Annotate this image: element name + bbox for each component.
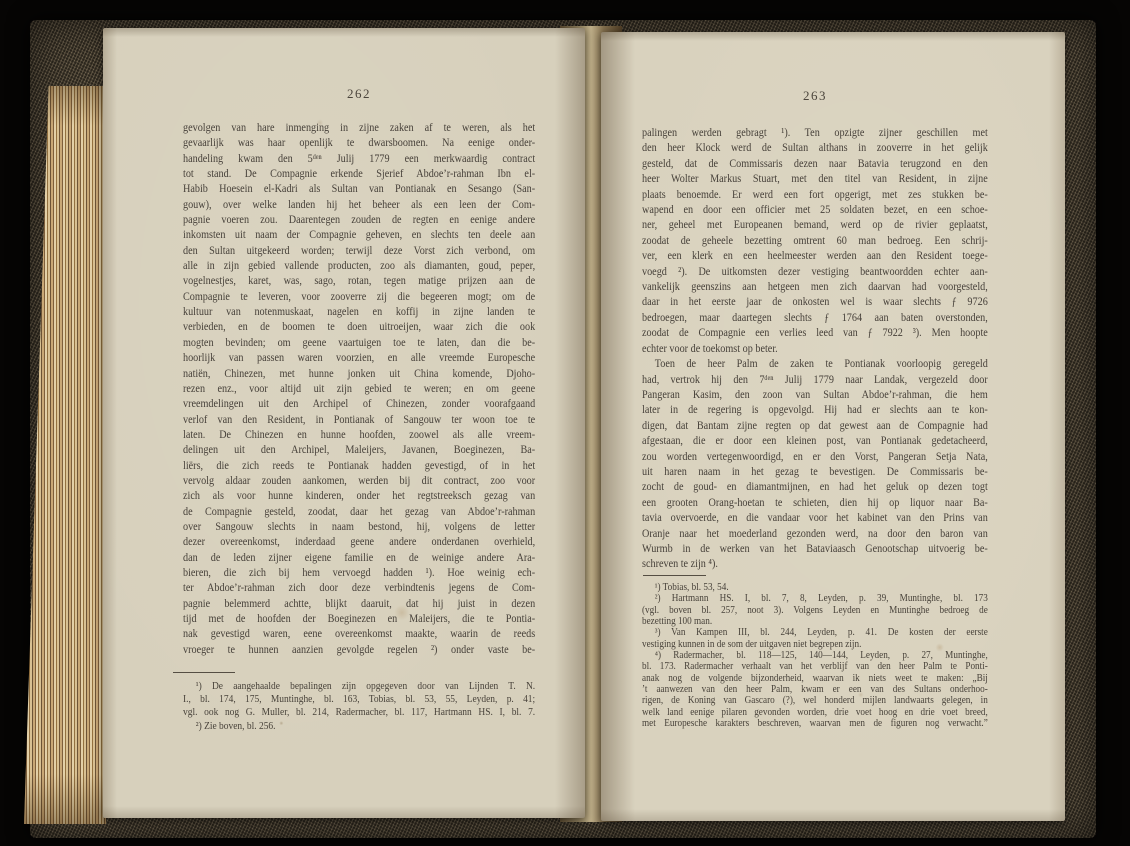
text-line: bl. 173. Radermacher verhaalt van het ve… bbox=[642, 661, 988, 672]
text-line: rezen enz., voor altijd uit zijn gebied … bbox=[183, 382, 535, 397]
text-line: tavia overvoerde, en die vandaar voor he… bbox=[642, 511, 988, 526]
text-line: later in de regering is opgevolgd. Hij h… bbox=[642, 403, 988, 418]
left-footnote-rule bbox=[173, 672, 235, 673]
right-footnote-rule bbox=[643, 575, 706, 576]
text-line: vervolg aldaar zouden aankomen, werden b… bbox=[183, 474, 535, 489]
text-line: den heer Klock werd de Sultan althans in… bbox=[642, 141, 988, 156]
text-line: ner, geheel met Europeanen bemand, werd … bbox=[642, 218, 988, 233]
text-line: vestiging kunnen in de som der uitgaven … bbox=[642, 639, 988, 650]
text-line: de Compagnie gesteld, zoodat, daar het g… bbox=[183, 505, 535, 520]
text-line: hoorlijk van passen waren voorzien, en a… bbox=[183, 351, 535, 366]
text-line: pagnie belemmerd achtte, blijkt daaruit,… bbox=[183, 597, 535, 612]
text-line: zoodat de Compagnie een verlies leed van… bbox=[642, 326, 988, 341]
text-line: verlof van den Resident, in Pontianak of… bbox=[183, 413, 535, 428]
text-line: nak gevestigd waren, eene overeenkomst m… bbox=[183, 627, 535, 642]
text-line: gouw), over welke landen hij het beheer … bbox=[183, 198, 535, 213]
text-line: wapend en door een officier met 25 solda… bbox=[642, 203, 988, 218]
text-line: den Sultan uitgekeerd worden; terwijl de… bbox=[183, 244, 535, 259]
text-line: voegd ²). De uitkomsten dezer vestiging … bbox=[642, 265, 988, 280]
left-page-number: 262 bbox=[183, 86, 535, 102]
text-line: echter voor de toekomst op beter. bbox=[642, 342, 988, 357]
left-page: 262 gevolgen van hare inmenging in zijne… bbox=[103, 28, 585, 818]
text-line: Pangeran Kasim, den zoon van Sultan Abdo… bbox=[642, 388, 988, 403]
text-line: over Sangouw slechts in naam bestond, hi… bbox=[183, 520, 535, 535]
text-line: digen, dat Bantam zijne regten op dat ge… bbox=[642, 419, 988, 434]
text-line: vroeger te hunnen aanzien gevolgde regel… bbox=[183, 643, 535, 658]
text-line: tijd met de hoofden der Boeginezen en Ma… bbox=[183, 612, 535, 627]
text-line: inkomsten uit naam der Compagnie geheven… bbox=[183, 228, 535, 243]
text-line: had, vertrok hij den 7ᵈᵉⁿ Julij 1779 naa… bbox=[642, 373, 988, 388]
text-line: laten. De Chinezen en hunne hoofden, zoo… bbox=[183, 428, 535, 443]
text-line: mogten bevinden; om geene vaartuigen toe… bbox=[183, 336, 535, 351]
text-line: zou worden vertegenwoordigd, en er den V… bbox=[642, 450, 988, 465]
text-line: (vgl. boven bl. 257, noot 3). Volgens Le… bbox=[642, 605, 988, 616]
text-line: ter Abdoe’r-rahman zich door deze verbin… bbox=[183, 581, 535, 596]
text-line: schreven te zijn ⁴). bbox=[642, 557, 988, 572]
right-page: 263 palingen werden gebragt ¹). Ten opzi… bbox=[601, 32, 1065, 821]
text-line: ²) Zie boven, bl. 256. bbox=[183, 720, 535, 733]
text-line: vankelijk geenszins aan hetgeen men zich… bbox=[642, 280, 988, 295]
text-line: vgl. ook nog G. Muller, bl. 214, Raderma… bbox=[183, 706, 535, 719]
text-line: kultuur van notenmuskaat, nagelen en kof… bbox=[183, 305, 535, 320]
text-line: zoodat de geheele bezetting omtrent 60 m… bbox=[642, 234, 988, 249]
left-page-footnotes: ¹) De aangehaalde bepalingen zijn opgege… bbox=[183, 680, 535, 733]
text-line: pagnie voeren zou. Daarentegen zouden de… bbox=[183, 213, 535, 228]
right-page-footnotes: ¹) Tobias, bl. 53, 54.²) Hartmann HS. I,… bbox=[642, 582, 988, 729]
text-line: ¹) Tobias, bl. 53, 54. bbox=[642, 582, 988, 593]
text-line: ¹) De aangehaalde bepalingen zijn opgege… bbox=[183, 680, 535, 693]
text-line: rigen, de Koning van Gascaro (?), wel ho… bbox=[642, 695, 988, 706]
right-page-body: palingen werden gebragt ¹). Ten opzigte … bbox=[642, 126, 988, 573]
text-line: bezetting 100 man. bbox=[642, 616, 988, 627]
text-line: handeling kwam den 5ᵈᵉⁿ Julij 1779 een m… bbox=[183, 152, 535, 167]
text-line: I., bl. 174, 175, Muntinghe, bl. 163, To… bbox=[183, 693, 535, 706]
text-line: gesteld, dat de Commissaris dezen naar B… bbox=[642, 157, 988, 172]
right-page-number: 263 bbox=[642, 88, 988, 104]
left-page-body: gevolgen van hare inmenging in zijne zak… bbox=[183, 121, 535, 658]
text-line: welk land eenige pilaren gevonden worden… bbox=[642, 707, 988, 718]
text-line: zich als voor hunne kinderen, onder het … bbox=[183, 489, 535, 504]
text-line: een grooten Orang-hoetan te schieten, di… bbox=[642, 496, 988, 511]
text-line: Toen de heer Palm de zaken te Pontianak … bbox=[642, 357, 988, 372]
text-line: Wurmb in de werken van het Bataviaasch G… bbox=[642, 542, 988, 557]
text-line: dan de leden zijner eigene familie en de… bbox=[183, 551, 535, 566]
text-line: afgestaan, die er door een kleinen post,… bbox=[642, 434, 988, 449]
text-line: daar in het eerste jaar de onkosten wel … bbox=[642, 295, 988, 310]
text-line: ²) Hartmann HS. I, bl. 7, 8, Leyden, p. … bbox=[642, 593, 988, 604]
text-line: Habib Hoesein el-Kadri als Sultan van Po… bbox=[183, 182, 535, 197]
text-line: delingen uit den Archipel, Maleijers, Ja… bbox=[183, 443, 535, 458]
text-line: vogelnestjes, karet, was, sago, rotan, t… bbox=[183, 274, 535, 289]
text-line: verbieden, en de boomen te doen uitroeij… bbox=[183, 320, 535, 335]
text-line: ⁴) Radermacher, bl. 118—125, 140—144, Le… bbox=[642, 650, 988, 661]
text-line: palingen werden gebragt ¹). Ten opzigte … bbox=[642, 126, 988, 141]
text-line: vreemdelingen uit den Archipel of Chinez… bbox=[183, 397, 535, 412]
text-line: ’t aanwezen van den heer Palm, kwam er e… bbox=[642, 684, 988, 695]
text-line: met Europesche karakters beschreven, waa… bbox=[642, 718, 988, 729]
text-line: heer Wolter Markus Stuart, met den titel… bbox=[642, 172, 988, 187]
text-line: anak nog de volgende bijzonderheid, waar… bbox=[642, 673, 988, 684]
text-line: uit haren naam in het gezag te bevestige… bbox=[642, 465, 988, 480]
text-line: Compagnie te leveren, voor zooverre zij … bbox=[183, 290, 535, 305]
text-line: alle in zijn gebied vallende producten, … bbox=[183, 259, 535, 274]
text-line: plaats benoemde. Er werd een fort opgeri… bbox=[642, 188, 988, 203]
text-line: natiën, Chinezen, met hunne jonken uit C… bbox=[183, 367, 535, 382]
text-line: ³) Van Kampen III, bl. 244, Leyden, p. 4… bbox=[642, 627, 988, 638]
text-line: dezer overeenkomst, inderdaad geene ande… bbox=[183, 535, 535, 550]
text-line: tot stand. De Compagnie erkende Sjerief … bbox=[183, 167, 535, 182]
text-line: zocht de goud- en diamantmijnen, en had … bbox=[642, 480, 988, 495]
text-line: gevaarlijk was haar openlijk te dwarsboo… bbox=[183, 136, 535, 151]
text-line: Oranje naar het moederland gezonden werd… bbox=[642, 527, 988, 542]
text-line: ver, een klerk en een heelmeester werden… bbox=[642, 249, 988, 264]
text-line: gevolgen van hare inmenging in zijne zak… bbox=[183, 121, 535, 136]
text-line: bedroegen, maar daartegen slechts ƒ 1764… bbox=[642, 311, 988, 326]
text-line: liërs, die zich reeds te Pontianak hadde… bbox=[183, 459, 535, 474]
open-book-photo: 262 gevolgen van hare inmenging in zijne… bbox=[0, 0, 1130, 846]
text-line: bieren, die zich bij hem vervoegd hadden… bbox=[183, 566, 535, 581]
